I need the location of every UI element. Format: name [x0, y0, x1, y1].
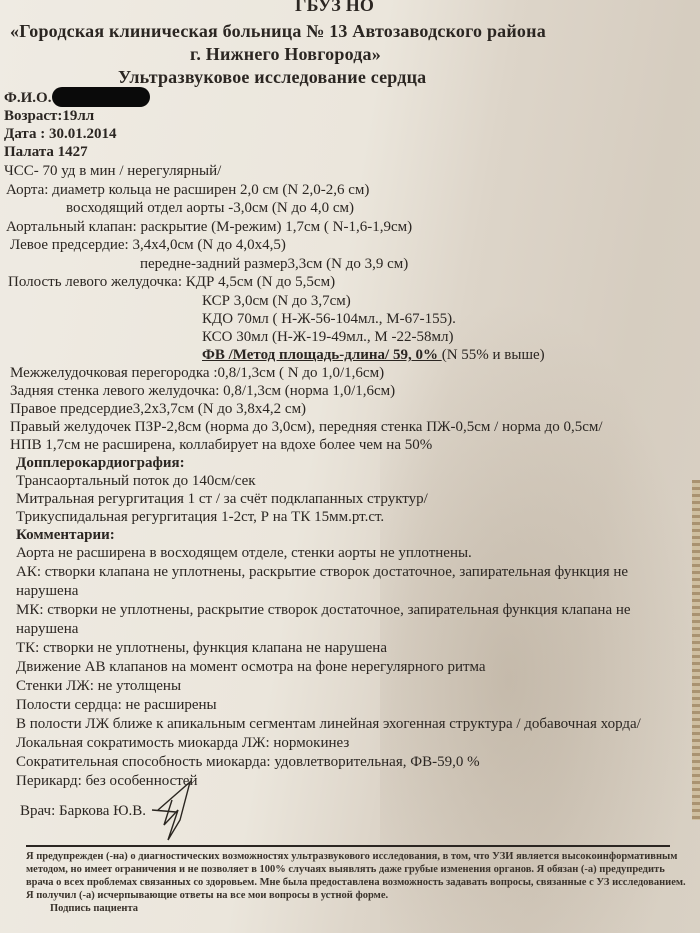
- hospital-name-line2: г. Нижнего Новгорода»: [190, 45, 381, 63]
- left-atrium-ap: передне-задний размер3,3см (N до 3,9 см): [140, 255, 408, 273]
- ivs: Межжелудочковая перегородка :0,8/1,3см (…: [10, 364, 384, 382]
- age: Возраст:19лл: [4, 107, 94, 125]
- comment-line: В полости ЛЖ ближе к апикальным сегмента…: [16, 715, 641, 733]
- comment-line: нарушена: [16, 620, 78, 638]
- comments-heading: Комментарии:: [16, 526, 115, 544]
- ejection-fraction: ФВ /Метод площадь-длина/ 59, 0% (N 55% и…: [202, 346, 545, 364]
- disclaimer-line: методом, но имеет ограничения и не позво…: [26, 863, 665, 876]
- comment-line: ТК: створки не уплотнены, функция клапан…: [16, 639, 387, 657]
- doppler-item: Трикуспидальная регургитация 1-2ст, Р на…: [16, 508, 384, 526]
- patient-signature-label: Подпись пациента: [50, 902, 138, 915]
- right-atrium: Правое предсердие3,2х3,7см (N до 3,8х4,2…: [10, 400, 306, 418]
- redacted-name: [52, 87, 150, 107]
- hospital-name-line1: «Городская клиническая больница № 13 Авт…: [10, 22, 546, 40]
- paper-edge: [692, 480, 700, 820]
- disclaimer-line: врача о всех проблемах связанных со здор…: [26, 876, 686, 889]
- right-ventricle: Правый желудочек ПЗР-2,8см (норма до 3,0…: [10, 418, 603, 436]
- disclaimer-line: Я получил (-а) исчерпывающие ответы на в…: [26, 889, 388, 902]
- lv-edd: Полость левого желудочка: КДР 4,5см (N д…: [8, 273, 335, 291]
- ward: Палата 1427: [4, 143, 88, 161]
- doppler-item: Митральная регургитация 1 ст / за счёт п…: [16, 490, 428, 508]
- posterior-wall: Задняя стенка левого желудочка: 0,8/1,3с…: [10, 382, 395, 400]
- ef-norm: (N 55% и выше): [442, 347, 545, 363]
- ef-value: ФВ /Метод площадь-длина/ 59, 0%: [202, 347, 442, 363]
- lv-esv: КСО 30мл (Н-Ж-19-49мл., М -22-58мл): [202, 328, 453, 346]
- aortic-valve: Аортальный клапан: раскрытие (М-режим) 1…: [6, 218, 412, 236]
- comment-line: Сократительная способность миокарда: удо…: [16, 753, 480, 771]
- doppler-heading: Допплерокардиография:: [16, 454, 185, 472]
- comment-line: Движение АВ клапанов на момент осмотра н…: [16, 658, 486, 676]
- fio-label: Ф.И.О.: [4, 89, 51, 107]
- comment-line: нарушена: [16, 582, 78, 600]
- heart-rate: ЧСС- 70 уд в мин / нерегулярный/: [4, 162, 221, 180]
- ivc: НПВ 1,7см не расширена, коллабирует на в…: [10, 436, 432, 454]
- comment-line: Локальная сократимость миокарда ЛЖ: норм…: [16, 734, 349, 752]
- comment-line: Полости сердца: не расширены: [16, 696, 217, 714]
- document-title: Ультразвуковое исследование сердца: [118, 68, 426, 86]
- doppler-item: Трансаортальный поток до 140см/сек: [16, 472, 256, 490]
- exam-date: Дата : 30.01.2014: [4, 125, 116, 143]
- aorta-ascending: восходящий отдел аорты -3,0см (N до 4,0 …: [66, 199, 354, 217]
- divider-line: [26, 845, 670, 847]
- org-name: ГБУЗ НО: [295, 0, 374, 14]
- comment-line: Аорта не расширена в восходящем отделе, …: [16, 544, 472, 562]
- comment-line: АК: створки клапана не уплотнены, раскры…: [16, 563, 628, 581]
- left-atrium: Левое предсердие: 3,4х4,0см (N до 4,0х4,…: [10, 236, 286, 254]
- doctor-signature-icon: [150, 780, 210, 850]
- doctor-name: Врач: Баркова Ю.В.: [20, 802, 146, 820]
- lv-esd: КСР 3,0см (N до 3,7см): [202, 292, 351, 310]
- lv-edv: КДО 70мл ( Н-Ж-56-104мл., М-67-155).: [202, 310, 456, 328]
- comment-line: МК: створки не уплотнены, раскрытие ство…: [16, 601, 631, 619]
- comment-line: Стенки ЛЖ: не утолщены: [16, 677, 181, 695]
- disclaimer-line: Я предупрежден (-на) о диагностических в…: [26, 850, 677, 863]
- aorta-ring: Аорта: диаметр кольца не расширен 2,0 см…: [6, 181, 369, 199]
